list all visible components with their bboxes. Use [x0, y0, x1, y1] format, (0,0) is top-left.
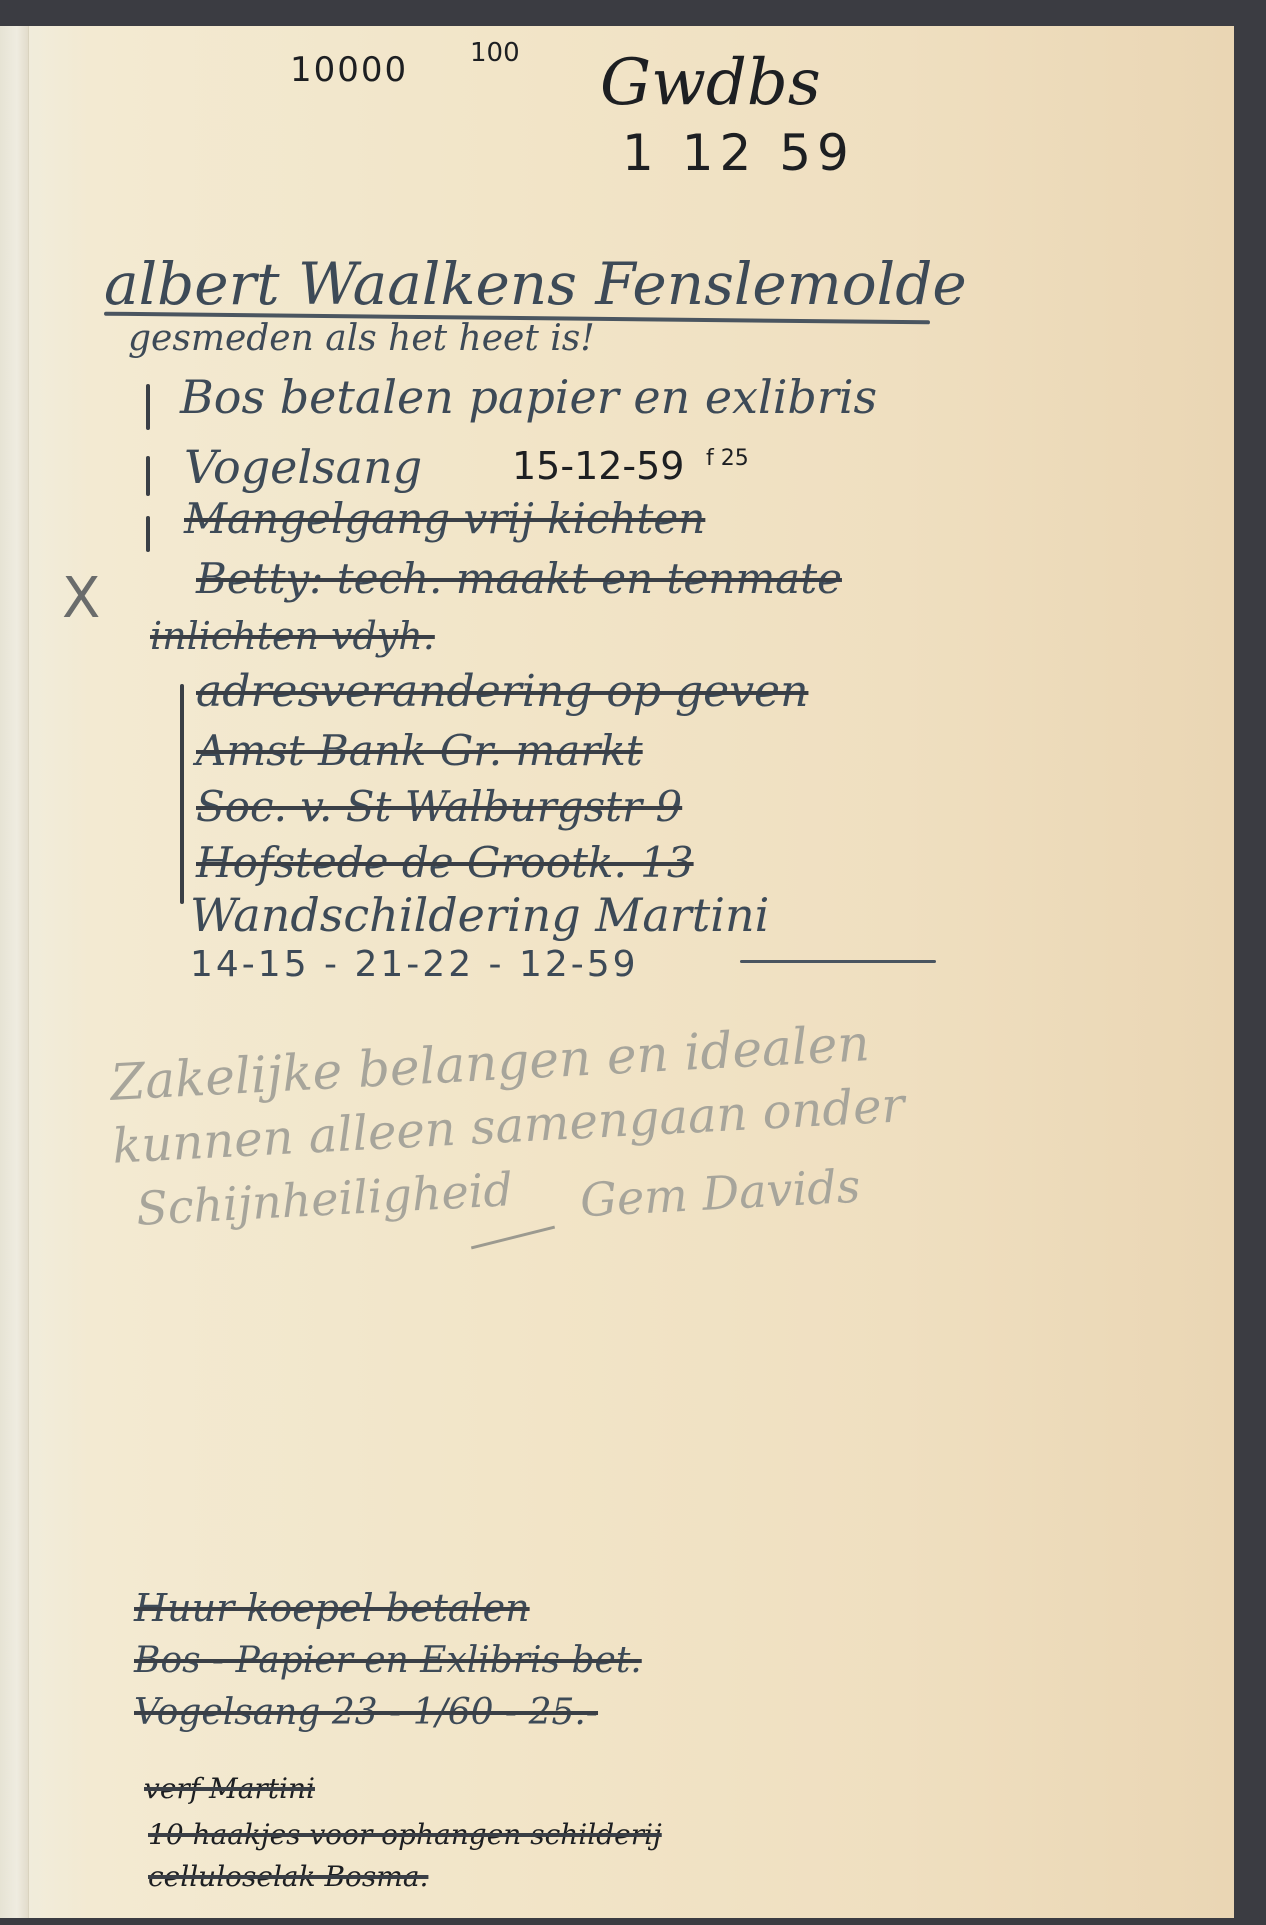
signature: Gwdbs [600, 46, 821, 120]
signature-date: 1 12 59 [622, 124, 855, 182]
list-tick [146, 456, 150, 496]
page-binding-edge [0, 26, 29, 1918]
todo-item-mangelgang: Mangelgang vrij kichten [184, 494, 705, 543]
painting-line-1: Wandschildering Martini [190, 888, 769, 942]
header-number-10000: 10000 [290, 50, 408, 90]
marked-item-line-1: Betty: tech. maakt en tenmate [196, 554, 842, 603]
todo-item-vogelsang-note: f 25 [706, 446, 749, 471]
quote-author: Gem Davids [579, 1159, 862, 1228]
list-tick [146, 516, 150, 552]
bottom-list-item-1: Huur koepel betalen [134, 1586, 530, 1630]
address-line-4: Hofstede de Grootk. 13 [196, 838, 694, 887]
todo-item-bos: Bos betalen papier en exlibris [180, 370, 877, 424]
notebook-page: 10000 100 Gwdbs 1 12 59 albert Waalkens … [0, 26, 1234, 1918]
list-tick [146, 384, 150, 430]
quote-underline [471, 1226, 555, 1250]
header-number-100: 100 [470, 38, 520, 68]
address-line-1: adresverandering op geven [196, 666, 808, 717]
title-name-line: albert Waalkens Fenslemolde [104, 250, 967, 318]
todo-item-vogelsang-date: 15-12-59 [512, 444, 684, 488]
bottom-list-item-6: celluloselak Bosma. [148, 1860, 428, 1893]
todo-item-vogelsang: Vogelsang [184, 440, 422, 494]
bottom-list-item-2: Bos - Papier en Exlibris bet. [134, 1640, 642, 1681]
address-block-bracket [180, 684, 184, 904]
bottom-list-item-4: verf Martini [144, 1772, 315, 1805]
address-line-2: Amst Bank Gr. markt [196, 726, 643, 775]
bottom-list-item-3: Vogelsang 23 - 1/60 - 25.- [134, 1692, 598, 1733]
margin-x-mark: X [62, 566, 100, 631]
quote-line-3: Schijnheiligheid [135, 1162, 514, 1236]
title-subline: gesmeden als het heet is! [128, 318, 595, 359]
bottom-list-item-5: 10 haakjes voor ophangen schilderij [148, 1818, 662, 1851]
painting-dash-line [740, 960, 936, 963]
painting-line-2: 14-15 - 21-22 - 12-59 [190, 944, 639, 985]
marked-item-line-2: inlichten vdyh. [150, 614, 435, 658]
address-line-3: Soc. v. St Walburgstr 9 [196, 782, 682, 831]
